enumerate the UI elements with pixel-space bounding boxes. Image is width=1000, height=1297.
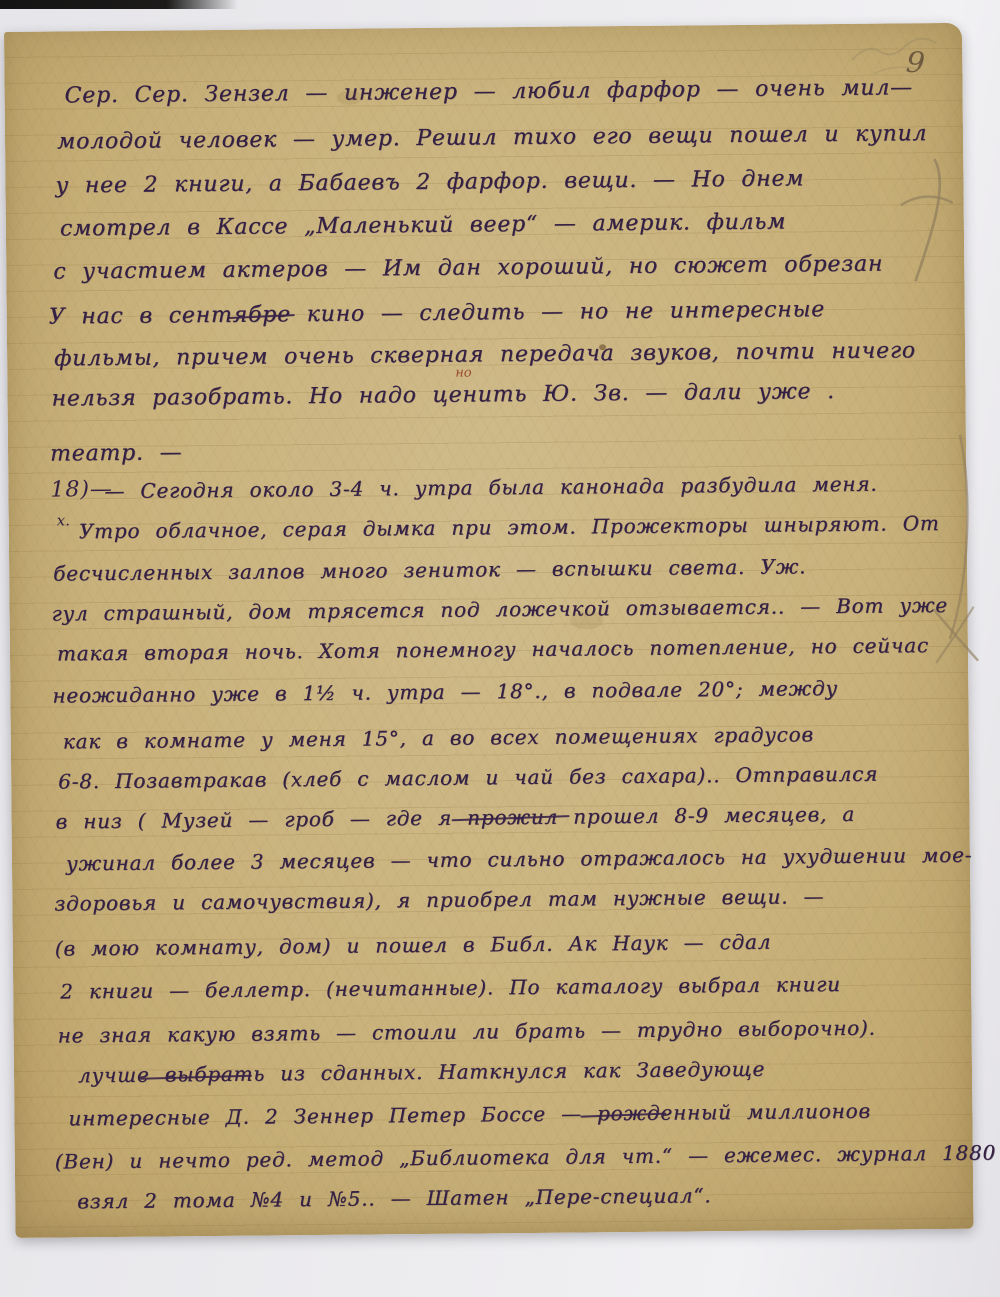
handwritten-line: с участием актеров — Им дан хороший, но …	[53, 252, 883, 285]
handwritten-line: бесчисленных залпов много зениток — вспы…	[53, 554, 806, 585]
handwritten-line: 2 книги — беллетр. (нечитанные). По ката…	[60, 972, 841, 1003]
handwritten-line: ужинал более 3 месяцев — что сильно отра…	[66, 843, 973, 876]
handwritten-line: Утро облачное, серая дымка при этом. Про…	[79, 511, 940, 543]
manuscript-page: 9 18)— х. но Сер. Сер. Зензел — инженер …	[4, 23, 974, 1238]
handwritten-line: неожиданно уже в 1½ ч. утра — 18°., в по…	[52, 676, 838, 708]
handwritten-line: в низ ( Музей — гроб — где я прожил прош…	[55, 802, 855, 834]
handwritten-line: как в комнате у меня 15°, а во всех поме…	[63, 722, 814, 753]
handwritten-line: смотрел в Кассе „Маленький веер“ — амери…	[60, 210, 787, 242]
handwritten-line: У нас в сентябре кино — следить — но не …	[49, 297, 826, 329]
handwritten-line: взял 2 тома №4 и №5.. — Шатен „Пере-спец…	[77, 1183, 711, 1213]
handwritten-line: — Сегодня около 3-4 ч. утра была канонад…	[104, 472, 877, 503]
handwritten-line: (Вен) и нечто ред. метод „Библиотека для…	[55, 1140, 1000, 1173]
handwritten-line: интересные Д. 2 Зеннер Петер Боссе — рож…	[68, 1099, 871, 1131]
scanner-edge-strip	[0, 0, 238, 9]
handwritten-line: 6-8. Позавтракав (хлеб с маслом и чай бе…	[58, 762, 878, 794]
handwritten-line: фильмы, причем очень скверная передача з…	[54, 338, 916, 371]
handwritten-line: молодой человек — умер. Решил тихо его в…	[57, 121, 927, 154]
handwritten-line: (в мою комнату, дом) и пошел в Библ. Ак …	[55, 930, 772, 961]
handwritten-line: у нее 2 книги, а Бабаевъ 2 фарфор. вещи.…	[55, 166, 804, 198]
handwritten-line: театр. —	[50, 440, 183, 466]
pencil-squiggle-mark	[890, 153, 961, 294]
handwritten-line: такая вторая ночь. Хотя понемногу начало…	[57, 633, 929, 665]
handwritten-line: Сер. Сер. Зензел — инженер — любил фарфо…	[64, 75, 913, 108]
paper-stain	[570, 611, 604, 629]
handwritten-line: не зная какую взять — стоили ли брать — …	[58, 1016, 876, 1048]
pencil-bracket-mark	[928, 431, 985, 672]
corner-scribble-mark	[844, 29, 954, 80]
inserted-word-annotation: но	[455, 366, 472, 381]
handwritten-line: нельзя разобрать. Но надо ценить Ю. Зв. …	[51, 379, 835, 412]
ink-stain	[599, 344, 606, 350]
entry-date-month: х.	[57, 511, 70, 529]
handwritten-line: гул страшный, дом трясется под ложечкой …	[51, 593, 948, 626]
handwritten-line: здоровья и самочувствия), я приобрел там…	[54, 884, 824, 915]
handwritten-line: лучше выбрать из сданных. Наткнулся как …	[78, 1057, 765, 1088]
